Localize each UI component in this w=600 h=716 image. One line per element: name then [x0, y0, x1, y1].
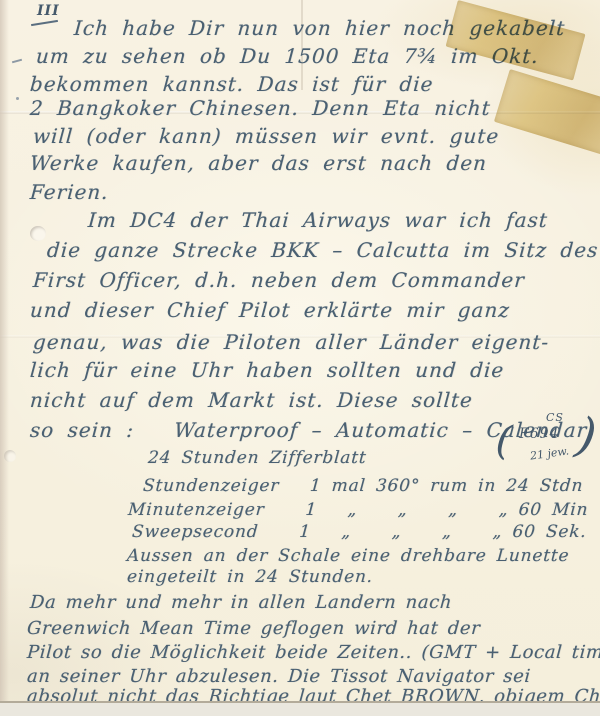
- handwritten-line: Im DC4 der Thai Airways war ich fast: [87, 208, 549, 232]
- handwritten-line: die ganze Strecke BKK – Calcutta im Sitz…: [46, 238, 599, 262]
- handwritten-line: eingeteilt in 24 Stunden.: [126, 567, 373, 587]
- margin-dot-mark: [16, 97, 19, 100]
- handwritten-line: Da mehr und mehr in allen Landern nach: [29, 592, 453, 613]
- handwritten-line: Greenwich Mean Time geflogen wird hat de…: [26, 618, 481, 639]
- handwritten-line: Stundenzeiger 1 mal 360° rum in 24 Stdn: [142, 476, 584, 496]
- handwritten-line: Ferien.: [29, 180, 109, 204]
- paper-bottom-edge: [0, 701, 600, 716]
- handwritten-line: Sweepsecond 1 „ „ „ „ 60 Sek.: [131, 522, 587, 542]
- paper-blemish-mark: [30, 226, 46, 241]
- paper-left-edge: [0, 0, 9, 702]
- handwritten-line: 24 Stunden Zifferblatt: [147, 448, 367, 468]
- handwritten-line: Aussen an der Schale eine drehbare Lunet…: [126, 546, 570, 566]
- handwritten-line: First Officer, d.h. neben dem Commander: [32, 268, 525, 292]
- handwritten-line: bekommen kannst. Das ist für die: [29, 72, 434, 96]
- page-number: III: [37, 3, 60, 19]
- handwritten-line: an seiner Uhr abzulesen. Die Tissot Navi…: [26, 666, 531, 687]
- handwritten-line: genau, was die Piloten aller Länder eige…: [32, 330, 550, 354]
- handwritten-line: lich für eine Uhr haben sollten und die: [29, 358, 505, 382]
- handwritten-line: Werke kaufen, aber das erst nach den: [29, 151, 488, 175]
- handwritten-line: Minutenzeiger 1 „ „ „ „ 60 Min: [127, 500, 589, 520]
- handwritten-line: will (oder kann) müssen wir evnt. gute: [32, 124, 500, 148]
- handwritten-line: Pilot so die Möglichkeit beide Zeiten.. …: [26, 642, 600, 663]
- margin-note-line-cs: CS: [546, 411, 564, 424]
- handwritten-line: und dieser Chief Pilot erklärte mir ganz: [29, 298, 511, 322]
- handwritten-line: 2 Bangkoker Chinesen. Denn Eta nicht: [29, 96, 491, 120]
- handwritten-line: nicht auf dem Markt ist. Diese sollte: [29, 388, 474, 412]
- margin-note-line-f694: F694: [519, 426, 559, 442]
